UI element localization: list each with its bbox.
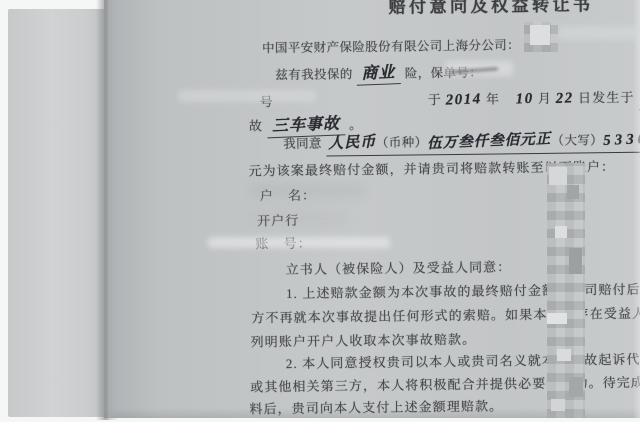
page-right-edge <box>633 0 640 418</box>
company-name: 中国平安财产保险股份有限公司上海分公司： <box>262 38 520 55</box>
amount-pre: 我同意 <box>283 137 322 151</box>
currency-label: （币种） <box>376 135 428 150</box>
amount-words-handwritten: 伍万叁仟叁佰元正 <box>427 127 552 153</box>
company-line: 中国平安财产保险股份有限公司上海分公司： <box>262 35 520 57</box>
document-photo: 赔付意向及权益转让书 中国平安财产保险股份有限公司上海分公司： 兹有我投保的 商… <box>0 0 640 422</box>
month-char: 月 <box>538 91 552 106</box>
report-number-blur <box>178 90 316 102</box>
amount-underlined-section: 人民币（币种）伍万叁仟叁佰元正（大写）53300（小写） <box>326 127 640 157</box>
clause1-line1-text: 1. 上述赔款金额为本次事故的最终赔付金额，贵司赔付后，本人及任 <box>286 281 640 301</box>
day-handwritten: 22 <box>556 90 575 108</box>
clause1-line3: 列明账户开户人收取本次事故赔款。 <box>250 329 476 352</box>
insurance-type-handwritten: 商业 <box>356 59 401 86</box>
clause1-line3-text: 列明账户开户人收取本次事故赔款。 <box>251 332 477 350</box>
bank-blur <box>248 212 348 225</box>
wrap-char-2: 故 <box>249 118 263 133</box>
redaction-mosaic-strip <box>547 163 585 418</box>
clause2-line3: 料后，贵司向本人支付上述金额理赔款。 <box>249 395 503 418</box>
redaction-mosaic-top <box>524 22 558 52</box>
intro-pre: 兹有我投保的 <box>275 67 353 82</box>
account-number-blur <box>208 237 390 248</box>
page-fold-shadow <box>96 0 118 420</box>
agreement-heading: 立书人（被保险人）及受益人同意： <box>286 259 512 277</box>
month-handwritten: 10 <box>516 91 535 109</box>
line-date: 号 于 2014 年 10 月 22 日发生于 吴中路金汇路 事 <box>260 82 640 113</box>
date-prefix: 于 <box>428 92 442 107</box>
currency-handwritten: 人民币 <box>327 130 376 153</box>
redaction-band-top <box>558 26 640 40</box>
document-title: 赔付意向及权益转让书 <box>388 0 593 18</box>
line-agreement-heading: 立书人（被保险人）及受益人同意： <box>286 256 512 279</box>
year-char: 年 <box>486 91 500 106</box>
report-no-gap <box>278 104 424 106</box>
amount-words-label: （大写） <box>551 133 603 148</box>
folded-page-edge <box>8 9 106 417</box>
clause2-line1-text: 2. 本人同意授权贵司以本人或贵司名义就本起事故起诉代驾公司、 <box>286 351 640 371</box>
day-suffix: 日发生于 <box>578 90 635 106</box>
clause2-line3-text: 料后，贵司向本人支付上述金额理赔款。 <box>249 398 503 416</box>
clause2-line1: 2. 本人同意授权贵司以本人或贵司名义就本起事故起诉代驾公司、员 <box>286 348 640 373</box>
line-amount: 我同意 人民币（币种）伍万叁仟叁佰元正（大写）53300（小写） <box>283 127 640 157</box>
account-name-blur <box>250 183 365 198</box>
clause1-line1: 1. 上述赔款金额为本次事故的最终赔付金额，贵司赔付后，本人及任三 <box>286 278 640 303</box>
year-handwritten: 2014 <box>446 91 483 109</box>
